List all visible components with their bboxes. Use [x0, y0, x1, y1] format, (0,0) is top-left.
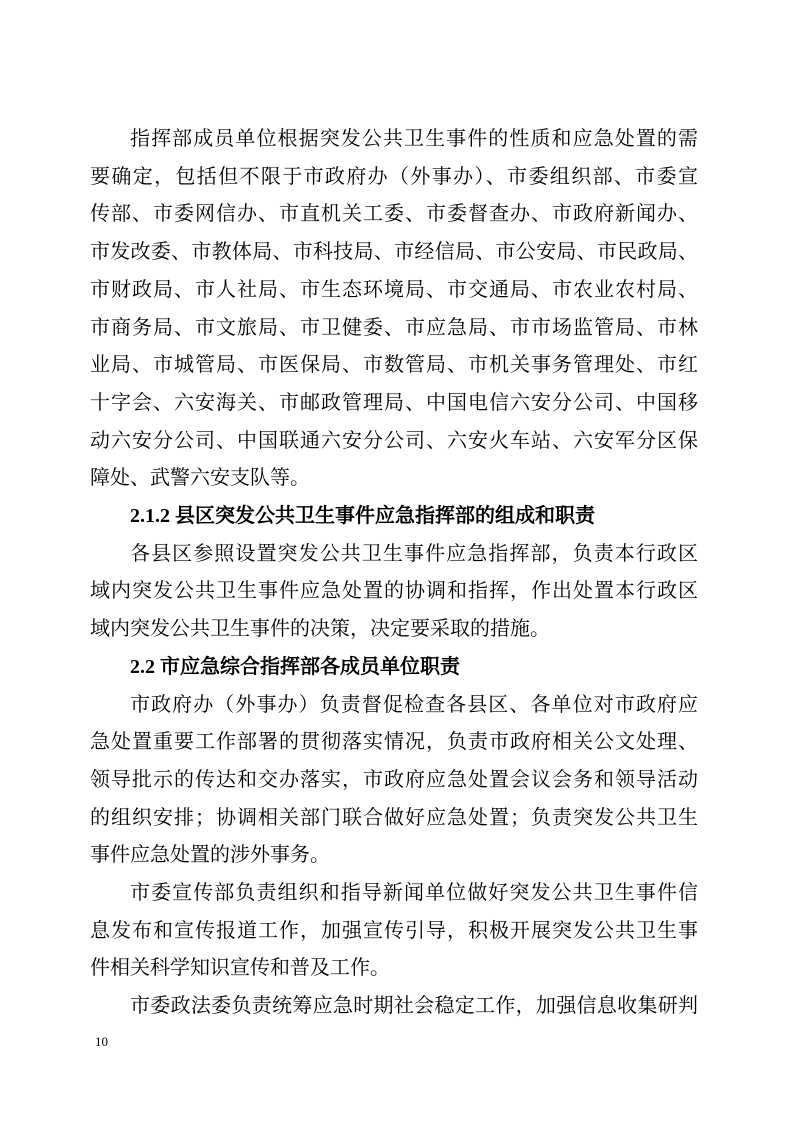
- text-body: 指挥部成员单位根据突发公共卫生事件的性质和应急处置的需要确定，包括但不限于市政府…: [90, 121, 698, 1026]
- text-line: 市商务局、市文旅局、市卫健委、市应急局、市市场监管局、市林: [90, 310, 698, 348]
- text-line: 市政府办（外事办）负责督促检查各县区、各单位对市政府应: [90, 687, 698, 725]
- text-line: 市财政局、市人社局、市生态环境局、市交通局、市农业农村局、: [90, 272, 698, 310]
- text-line: 动六安分公司、中国联通六安分公司、六安火车站、六安军分区保: [90, 423, 698, 461]
- text-line: 指挥部成员单位根据突发公共卫生事件的性质和应急处置的需: [90, 121, 698, 159]
- text-line: 十字会、六安海关、市邮政管理局、中国电信六安分公司、中国移: [90, 385, 698, 423]
- text-line: 的组织安排；协调相关部门联合做好应急处置；负责突发公共卫生: [90, 800, 698, 838]
- text-line: 域内突发公共卫生事件应急处置的协调和指挥，作出处置本行政区: [90, 573, 698, 611]
- text-line: 急处置重要工作部署的贯彻落实情况，负责市政府相关公文处理、: [90, 724, 698, 762]
- text-line: 息发布和宣传报道工作，加强宣传引导，积极开展突发公共卫生事: [90, 913, 698, 951]
- text-line: 市发改委、市教体局、市科技局、市经信局、市公安局、市民政局、: [90, 234, 698, 272]
- document-page: 指挥部成员单位根据突发公共卫生事件的性质和应急处置的需要确定，包括但不限于市政府…: [0, 0, 794, 1122]
- text-line: 域内突发公共卫生事件的决策，决定要采取的措施。: [90, 611, 698, 649]
- text-line: 业局、市城管局、市医保局、市数管局、市机关事务管理处、市红: [90, 347, 698, 385]
- section-heading: 2.2 市应急综合指挥部各成员单位职责: [90, 649, 698, 687]
- text-line: 各县区参照设置突发公共卫生事件应急指挥部，负责本行政区: [90, 536, 698, 574]
- text-line: 事件应急处置的涉外事务。: [90, 837, 698, 875]
- text-line: 传部、市委网信办、市直机关工委、市委督查办、市政府新闻办、: [90, 196, 698, 234]
- section-heading: 2.1.2 县区突发公共卫生事件应急指挥部的组成和职责: [90, 498, 698, 536]
- text-line: 市委宣传部负责组织和指导新闻单位做好突发公共卫生事件信: [90, 875, 698, 913]
- text-line: 件相关科学知识宣传和普及工作。: [90, 950, 698, 988]
- text-line: 障处、武警六安支队等。: [90, 460, 698, 498]
- text-line: 市委政法委负责统筹应急时期社会稳定工作，加强信息收集研判: [90, 988, 698, 1026]
- page-number: 10: [95, 1034, 108, 1050]
- text-line: 领导批示的传达和交办落实，市政府应急处置会议会务和领导活动: [90, 762, 698, 800]
- text-line: 要确定，包括但不限于市政府办（外事办）、市委组织部、市委宣: [90, 159, 698, 197]
